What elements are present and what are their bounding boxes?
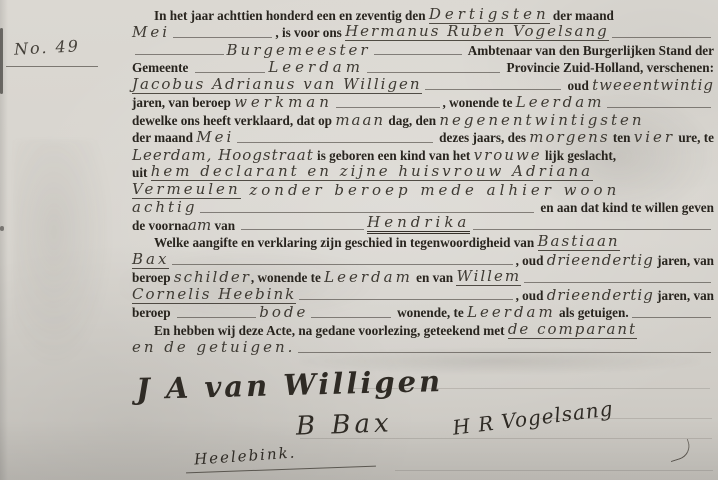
printed-text: als getuigen. (556, 304, 629, 321)
document-line: Mei, is voor ons Hermanus Ruben Vogelsan… (132, 24, 714, 42)
printed-text: jaren, van (654, 287, 714, 304)
printed-text: der maand (132, 129, 196, 146)
printed-text: beroep (132, 269, 174, 286)
fill-rule (299, 299, 512, 300)
fill-rule (172, 264, 512, 265)
handwritten-text: morgens (529, 129, 609, 146)
handwritten-text: Jacobus Adrianus van Willigen (132, 76, 422, 94)
fill-rule (336, 107, 440, 108)
scan-edge-mark (0, 28, 3, 94)
document-line: En hebben wij deze Acte, na gedane voorl… (132, 321, 714, 339)
handwritten-text: Dertigsten (429, 6, 550, 24)
printed-text: uit (132, 164, 151, 181)
handwritten-text: Bastiaan (538, 233, 620, 251)
handwritten-text: Vermeulen (132, 181, 241, 199)
document-line: Bax, oud drieendertig jaren, van (132, 251, 714, 269)
fill-rule (241, 229, 364, 230)
fill-rule (135, 54, 224, 55)
handwritten-text: zonder beroep mede alhier woon (241, 182, 621, 199)
handwritten-text: de comparant (508, 321, 637, 339)
fill-rule (524, 282, 711, 283)
act-number-underline (6, 66, 98, 67)
document-line: de voornaam van Hendrika (132, 216, 714, 234)
handwritten-text: Leerdam (467, 304, 556, 321)
handwritten-text: Leerdam (516, 94, 605, 111)
document-line: jaren, van beroep werkman, wonende te Le… (132, 94, 714, 112)
handwritten-text: Mei (196, 129, 234, 146)
fill-rule (237, 142, 433, 143)
handwritten-text: Leerdam (324, 269, 413, 286)
handwritten-text: vrouwe (474, 147, 542, 164)
printed-text: jaren, van (654, 252, 714, 269)
handwritten-text: Burgemeester (227, 42, 371, 59)
fill-rule (612, 37, 711, 38)
printed-text: , oud (516, 287, 547, 304)
fill-rule (173, 37, 272, 38)
fill-rule (177, 317, 256, 318)
printed-text: en aan dat kind te willen geven (537, 199, 714, 216)
document-line: Leerdam, Hoogstraat is geboren een kind … (132, 146, 714, 164)
printed-text: , wonende te (251, 269, 324, 286)
signature-declarant: J A van Willigen (136, 364, 444, 406)
fill-rule (473, 229, 711, 230)
handwritten-text: drieendertig (547, 252, 654, 269)
act-number: No. 49 (14, 36, 81, 58)
fill-rule (425, 89, 562, 90)
handwritten-text: drieendertig (547, 287, 654, 304)
signature-witness-bax: B Bax (296, 408, 394, 441)
handwritten-text: Hermanus Ruben Vogelsang (345, 23, 609, 41)
handwritten-text: Mei (132, 24, 170, 41)
printed-text: der maand (550, 7, 614, 24)
fill-rule (374, 54, 463, 55)
handwritten-text: werkman (234, 94, 333, 111)
printed-text: , oud (516, 252, 547, 269)
printed-text: en van (413, 269, 457, 286)
document-line: Vermeulen zonder beroep mede alhier woon (132, 181, 714, 199)
printed-text: is geboren een kind van het (314, 147, 474, 164)
document-line: Gemeente Leerdam Provincie Zuid-Holland,… (132, 59, 714, 77)
handwritten-text: Leerdam, Hoogstraat (132, 147, 314, 164)
printed-text: ure, te (675, 129, 714, 146)
printed-text: beroep (132, 304, 174, 321)
handwritten-text: Bax (132, 251, 169, 269)
printed-text: lijk geslacht, (542, 147, 616, 164)
handwritten-text: Willem (456, 268, 521, 286)
handwritten-text: tweeentwintig (592, 77, 714, 94)
printed-text: Ambtenaar van den Burgerlijken Stand der (465, 42, 714, 59)
handwritten-text: am (188, 217, 211, 234)
document-line: beroep bode wonende, te Leerdam als getu… (132, 304, 714, 322)
document-line: In het jaar achttien honderd een en zeve… (132, 6, 714, 24)
handwritten-text: bode (259, 304, 308, 321)
printed-text: jaren, van beroep (132, 94, 234, 111)
document-line: dewelke ons heeft verklaard, dat op maan… (132, 111, 714, 129)
document-line: uit hem declarant en zijne huisvrouw Adr… (132, 164, 714, 182)
handwritten-text: achtig (132, 199, 197, 216)
printed-text: En hebben wij deze Acte, na gedane voorl… (154, 322, 508, 339)
scanned-document: No. 49 In het jaar achttien honderd een … (0, 0, 718, 480)
handwritten-text: Cornelis Heebink (132, 286, 296, 304)
printed-text: In het jaar achttien honderd een en zeve… (154, 7, 429, 24)
document-line: der maand Mei dezes jaars, des morgens t… (132, 129, 714, 147)
fill-rule (367, 72, 500, 73)
handwritten-text: schilder (174, 269, 251, 286)
document-line: en de getuigen. (132, 339, 714, 357)
scan-edge-mark (0, 226, 4, 231)
handwritten-text: Hendrika (367, 214, 470, 234)
printed-text: Provincie Zuid-Holland, verschenen: (503, 59, 714, 76)
handwritten-text: hem declarant en zijne huisvrouw Adriana (151, 163, 593, 181)
printed-text: Welke aangifte en verklaring zijn geschi… (154, 234, 538, 251)
printed-text: dezes jaars, des (436, 129, 529, 146)
printed-text: wonende, te (394, 304, 467, 321)
document-body: In het jaar achttien honderd een en zeve… (132, 6, 714, 356)
fill-rule (632, 317, 711, 318)
printed-text: Gemeente (132, 59, 192, 76)
document-line: Cornelis Heebink, oud drieendertig jaren… (132, 286, 714, 304)
printed-text: de voorna (132, 217, 188, 234)
handwritten-text: en de getuigen. (132, 339, 295, 356)
handwritten-text: Leerdam (268, 59, 364, 76)
ink-bleedthrough (14, 140, 114, 370)
form-rule (395, 470, 713, 471)
document-line: Burgemeester Ambtenaar van den Burgerlij… (132, 41, 714, 59)
printed-text: , is voor ons (275, 24, 345, 41)
handwritten-text: negenentwintigsten (439, 112, 644, 129)
fill-rule (607, 107, 711, 108)
printed-text: van (211, 217, 238, 234)
document-line: beroep schilder, wonende te Leerdam en v… (132, 269, 714, 287)
document-line: Welke aangifte en verklaring zijn geschi… (132, 234, 714, 252)
handwritten-text: maan (335, 112, 385, 129)
fill-rule (298, 352, 711, 353)
printed-text: dag, den (385, 112, 439, 129)
fill-rule (311, 317, 390, 318)
printed-text: ten (610, 129, 634, 146)
printed-text: dewelke ons heeft verklaard, dat op (132, 112, 335, 129)
document-line: Jacobus Adrianus van Willigen oud tweeen… (132, 76, 714, 94)
printed-text: oud (564, 77, 592, 94)
printed-text: , wonende te (443, 94, 516, 111)
handwritten-text: vier (634, 129, 675, 146)
fill-rule (195, 72, 266, 73)
